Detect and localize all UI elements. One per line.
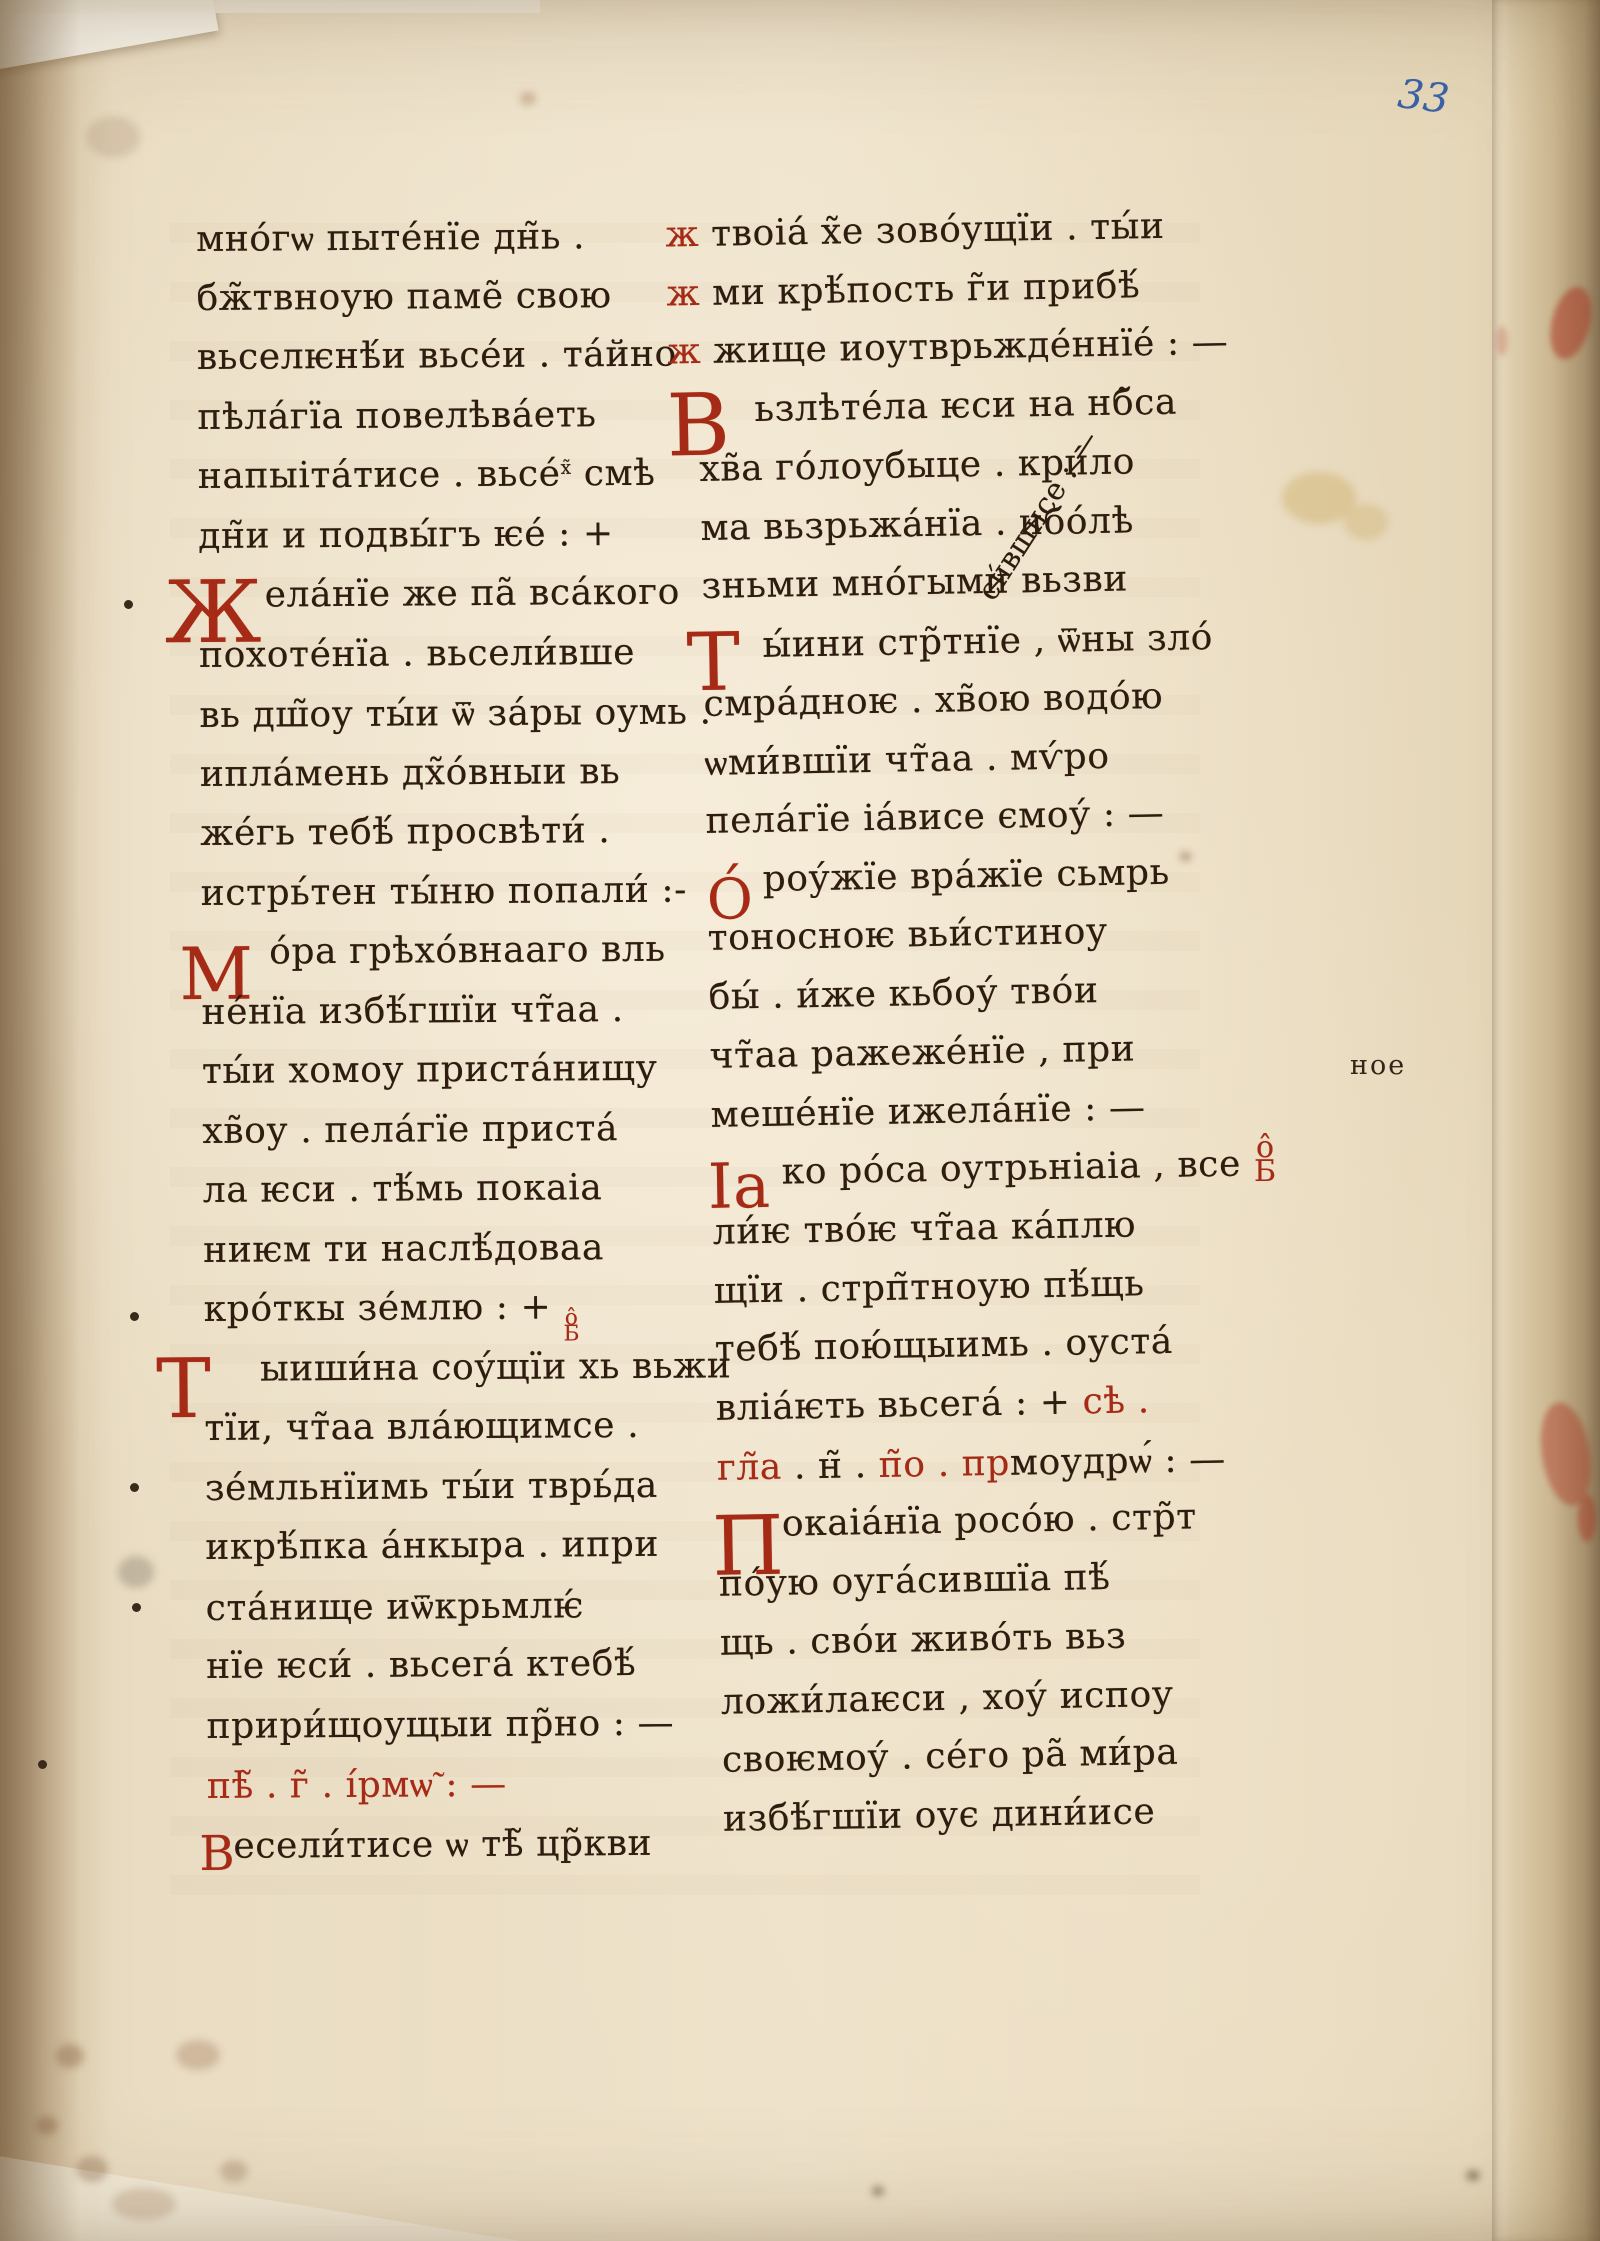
manuscript-line: избѣ́гшїи оує дини́исе (723, 1791, 1156, 1858)
body-text: зньми мно́гыми вьзви (701, 559, 1128, 607)
body-text: твоіа́ х̃е зово́ущїи . ты́и (711, 206, 1165, 255)
manuscript-line: хв̃а го́лоубыце . кри́ло (699, 441, 1135, 508)
body-text: похоте́нїа . вьсели́вше (199, 632, 635, 676)
body-text: ѡми́вшїи чт̃аа . мѵ́ро (704, 736, 1110, 784)
manuscript-line: тїи, чт̃аа вла́ющимсе . (204, 1405, 639, 1467)
stain (872, 2186, 884, 2196)
manuscript-line: прири́щоущыи пр̃но : — (206, 1703, 674, 1765)
manuscript-line: Іако ро́са оутрьніаіа , все (711, 1144, 1241, 1212)
stain (76, 2156, 108, 2182)
margin-ink-dot (130, 1483, 139, 1492)
stain (220, 2160, 248, 2182)
body-text: истрь́тен ты́ню попали́ :- (201, 870, 688, 914)
manuscript-line: ж твоіа́ х̃е зово́ущїи . ты́и (695, 206, 1165, 273)
manuscript-line: тебѣ́ пою́щыимь . оуста́ (714, 1321, 1173, 1388)
body-text: прири́щоущыи пр̃но : — (206, 1703, 674, 1747)
body-text: ьзлѣте́ла ѥси на нб̃са (754, 382, 1177, 430)
body-text: кро́ткы зе́млю : + (203, 1286, 563, 1330)
body-text: вь дш̃оу ты́и ѿ за́ры оумь . (199, 691, 711, 736)
manuscript-line: похоте́нїа . вьсели́вше (199, 632, 635, 694)
body-text: хв̃оу . пела́гїе приста́ (202, 1108, 618, 1152)
theotokion-mark-inline: о̂Б (563, 1310, 580, 1342)
page-top-edge (0, 0, 540, 13)
body-text: ложи́лаѥси , хоу́ испоу (721, 1674, 1174, 1723)
manuscript-line: кро́ткы зе́млю : + о̂Б (203, 1286, 580, 1348)
body-text: дн̃и и подвы́гъ ѥе́ : + (198, 513, 614, 557)
rubric-text: п̃о . (878, 1444, 950, 1486)
stain (1180, 852, 1191, 861)
manuscript-line: ты́и хомоу приста́нищу (202, 1048, 658, 1110)
manuscript-line: тоносноѥ вьи́стиноу (707, 911, 1108, 977)
stain (36, 2116, 58, 2135)
body-text: . н̃ . (782, 1445, 880, 1488)
drop-cap-initial: В (199, 1833, 235, 1876)
manuscript-line: Весели́тисе ѡ тѣ̃ цр̃кви (207, 1822, 652, 1884)
theotokion-margin-mark: о̂ Б (1254, 1136, 1276, 1184)
manuscript-line: же́гь тебѣ́ просвѣти́ . (200, 810, 610, 872)
margin-ink-dot (38, 1760, 47, 1769)
pink-edge-smear (1496, 326, 1508, 356)
body-text: ма вьзрьжа́нїа . ибо́лѣ (700, 500, 1134, 549)
manuscript-line: меше́нїе ижела́нїе : — (710, 1087, 1146, 1154)
manuscript-line: не́нїа избѣ́гшїи чт̃аа . (201, 989, 624, 1051)
body-text: ипла́мень дх̃о́вныи вь (200, 751, 621, 795)
manuscript-line: ж ми крѣ́пость г̃и прибѣ́ (696, 265, 1141, 332)
manuscript-line: по́ую оуга́сившїа пѣ́ (719, 1557, 1112, 1623)
manuscript-line: ѡми́вшїи чт̃аа . мѵ́ро (704, 735, 1110, 801)
stain (56, 2044, 84, 2068)
red-edge-smear (1578, 1494, 1596, 1542)
body-text: окаіа́нїа росо́ю . стр̃т (782, 1496, 1198, 1544)
body-text: пѣла́гїа повелѣва́еть (197, 394, 596, 438)
drop-cap-initial: Т (156, 1353, 212, 1427)
body-text: вліа́ѥть вьсега́ : + (715, 1381, 1082, 1428)
superscript-letter: х̃ (561, 458, 572, 479)
gutter-shadow (0, 0, 80, 2241)
manuscript-line: ста́нище иѿкрьмлѥ́ (206, 1584, 585, 1646)
rubric-text: сѣ . (1082, 1380, 1150, 1422)
body-text: не́нїа избѣ́гшїи чт̃аа . (201, 989, 623, 1033)
manuscript-line: нїе ѥси́ . вьсега́ ктебѣ́ (206, 1643, 637, 1705)
body-text: тебѣ́ пою́щыимь . оуста́ (714, 1321, 1173, 1370)
stain (86, 116, 140, 158)
body-text: хв̃а го́лоубыце . кри́ло (699, 441, 1135, 490)
body-text: ы́ини стр̃тнїе , ѿны зло́ (762, 617, 1213, 666)
manuscript-line: гл̃а . н̃ . п̃о . прмоудрѡ́ : — (717, 1438, 1227, 1506)
body-text: смѣ (572, 453, 656, 495)
body-text: ми крѣ́пость г̃и прибѣ́ (712, 265, 1141, 313)
rubric-text: гл̃а (717, 1447, 783, 1489)
manuscript-photo: 33 ное о̂ Б си́вшисе : — мно́гѡ пыте́нїе… (0, 0, 1600, 2241)
rubric-text: пр (961, 1443, 1010, 1485)
manuscript-line: вліа́ѥть вьсега́ : + сѣ . (715, 1380, 1150, 1447)
manuscript-line: истрь́тен ты́ню попали́ :- (201, 870, 688, 932)
manuscript-line: бж̃твноую паме̃ свою (196, 275, 611, 337)
manuscript-line: зе́мльнїимь ты́и тврь́да (205, 1465, 658, 1527)
folio-number: 33 (1395, 71, 1451, 123)
manuscript-line: пела́гїе іа́висе ємоу́ : — (705, 793, 1165, 860)
margin-note: ное (1350, 1050, 1406, 1081)
manuscript-line: щїи . стрп̃тноую пѣ́щь (713, 1263, 1145, 1330)
manuscript-line: ложи́лаѥси , хоу́ испоу (721, 1674, 1175, 1741)
body-text: ста́нище иѿкрьмлѥ́ (206, 1585, 584, 1629)
manuscript-line: напыіта́тисе . вьсе́х̃ смѣ (198, 453, 656, 515)
body-text: же́гь тебѣ́ просвѣти́ . (200, 810, 610, 854)
body-text: своѥмоу́ . се́го ра̃ ми́ра (722, 1732, 1179, 1781)
manuscript-line: ниѥм ти наслѣ́доваа (203, 1227, 604, 1289)
margin-ink-dot (124, 600, 133, 609)
stain (112, 2188, 176, 2220)
rubric-text: ж (666, 273, 712, 315)
manuscript-line: чт̃аа ражеже́нїе , при (709, 1028, 1136, 1094)
body-text: ела́нїе же па̃ вса́кого (264, 572, 680, 616)
body-text: щь . сво́и живо́ть вьз (720, 1616, 1127, 1664)
margin-ink-dot (132, 1603, 141, 1612)
manuscript-line: своѥмоу́ . се́го ра̃ ми́ра (722, 1732, 1179, 1799)
drop-cap-initial: Іа (707, 1158, 771, 1215)
body-text: чт̃аа ражеже́нїе , при (709, 1028, 1135, 1076)
body-text: тїи, чт̃аа вла́ющимсе . (204, 1405, 639, 1449)
body-text: ла ѥси . тѣ́мь покаіа (203, 1167, 603, 1211)
manuscript-line: бы́ . и́же кьбоу́ тво́и (708, 970, 1099, 1036)
stain (176, 2040, 220, 2070)
body-text: есели́тисе ѡ тѣ̃ цр̃кви (233, 1823, 652, 1867)
manuscript-line: ла ѥси . тѣ́мь покаіа (203, 1167, 603, 1229)
body-text: щїи . стрп̃тноую пѣ́щь (713, 1263, 1144, 1312)
body-text: пела́гїе іа́висе ємоу́ : — (705, 793, 1164, 842)
margin-ink-dot (130, 1312, 139, 1321)
manuscript-line: Покаіа́нїа росо́ю . стр̃т (718, 1496, 1198, 1563)
manuscript-line: щь . сво́и живо́ть вьз (720, 1616, 1127, 1682)
manuscript-line: Тыиши́на соу́щїи хь вьжи (204, 1345, 732, 1408)
manuscript-line: ли́ѥ тво́ѥ чт̃аа ка́плю (712, 1204, 1136, 1270)
rubric-text: ж (667, 331, 713, 373)
body-text: ли́ѥ тво́ѥ чт̃аа ка́плю (712, 1204, 1136, 1252)
manuscript-line: вьселѥнѣ́и вьсе́и . та́йно (197, 334, 677, 396)
manuscript-line: мно́гѡ пыте́нїе дн̃ь . (196, 215, 585, 277)
manuscript-line: пѣла́гїа повелѣва́еть (197, 394, 596, 456)
manuscript-line: пѣ̃ . г̃ . і́рмѡ̃ : — (207, 1763, 507, 1824)
manuscript-line: зньми мно́гыми вьзви (701, 559, 1128, 625)
stain (118, 1556, 154, 1588)
manuscript-line: вь дш̃оу ты́и ѿ за́ры оумь . (199, 690, 711, 753)
rubric-text: пѣ̃ . г̃ . і́рмѡ̃ : — (207, 1764, 507, 1807)
manuscript-line: О́роу́жїе вра́жїе сьмрь (706, 852, 1170, 919)
body-text: зе́мльнїимь ты́и тврь́да (205, 1465, 658, 1509)
stain (1466, 2170, 1480, 2181)
stain (520, 92, 536, 105)
manuscript-line: ма вьзрьжа́нїа . ибо́лѣ (700, 500, 1134, 567)
manuscript-line: ж жище иоутврьжде́ннїе́ : — (697, 322, 1229, 390)
manuscript-line: Жела́нїе же па̃ вса́кого (198, 572, 680, 634)
body-text: ко ро́са оутрьніаіа , все (781, 1144, 1241, 1193)
body-text: жище иоутврьжде́ннїе́ : — (713, 322, 1229, 372)
body-text: икрѣ́пка а́нкыра . ипри (205, 1524, 659, 1568)
body-text: ниѥм ти наслѣ́доваа (203, 1227, 604, 1271)
manuscript-line: ипла́мень дх̃о́вныи вь (200, 751, 621, 813)
body-text (949, 1444, 962, 1485)
manuscript-line: хв̃оу . пела́гїе приста́ (202, 1108, 618, 1170)
body-text: роу́жїе вра́жїе сьмрь (762, 852, 1170, 900)
manuscript-line: смра́дноѥ . хв̃ою водо́ю (703, 676, 1164, 743)
body-text: нїе ѥси́ . вьсега́ ктебѣ́ (206, 1643, 636, 1687)
body-text: ты́и хомоу приста́нищу (202, 1048, 658, 1092)
manuscript-line: икрѣ́пка а́нкыра . ипри (205, 1524, 659, 1586)
stain (1344, 504, 1388, 540)
body-text: тоносноѥ вьи́стиноу (707, 911, 1108, 959)
rubric-text: ж (665, 214, 711, 256)
body-text: смра́дноѥ . хв̃ою водо́ю (703, 676, 1163, 725)
body-text: бж̃твноую паме̃ свою (196, 275, 611, 319)
body-text: напыіта́тисе . вьсе́ (198, 453, 561, 497)
body-text: бы́ . и́же кьбоу́ тво́и (708, 970, 1099, 1018)
manuscript-line: Вьзлѣте́ла ѥси на нб̃са (698, 382, 1178, 449)
manuscript-line: Ты́ини стр̃тнїе , ѿны зло́ (702, 616, 1213, 684)
body-text: по́ую оуга́сившїа пѣ́ (719, 1557, 1111, 1605)
body-text: вьселѥнѣ́и вьсе́и . та́йно (197, 334, 677, 378)
theotokion-mark-bottom: Б (1254, 1160, 1276, 1184)
body-text: о́ра грѣхо́внааго вль (269, 929, 666, 973)
body-text: мно́гѡ пыте́нїе дн̃ь . (196, 216, 585, 260)
body-text: избѣ́гшїи оує дини́исе (723, 1791, 1156, 1840)
manuscript-line: Мо́ра грѣхо́внааго вль (201, 929, 666, 991)
body-text: моудрѡ́ : — (1010, 1439, 1227, 1484)
body-text: ыиши́на соу́щїи хь вьжи (260, 1345, 732, 1389)
body-text: меше́нїе ижела́нїе : — (710, 1087, 1146, 1136)
